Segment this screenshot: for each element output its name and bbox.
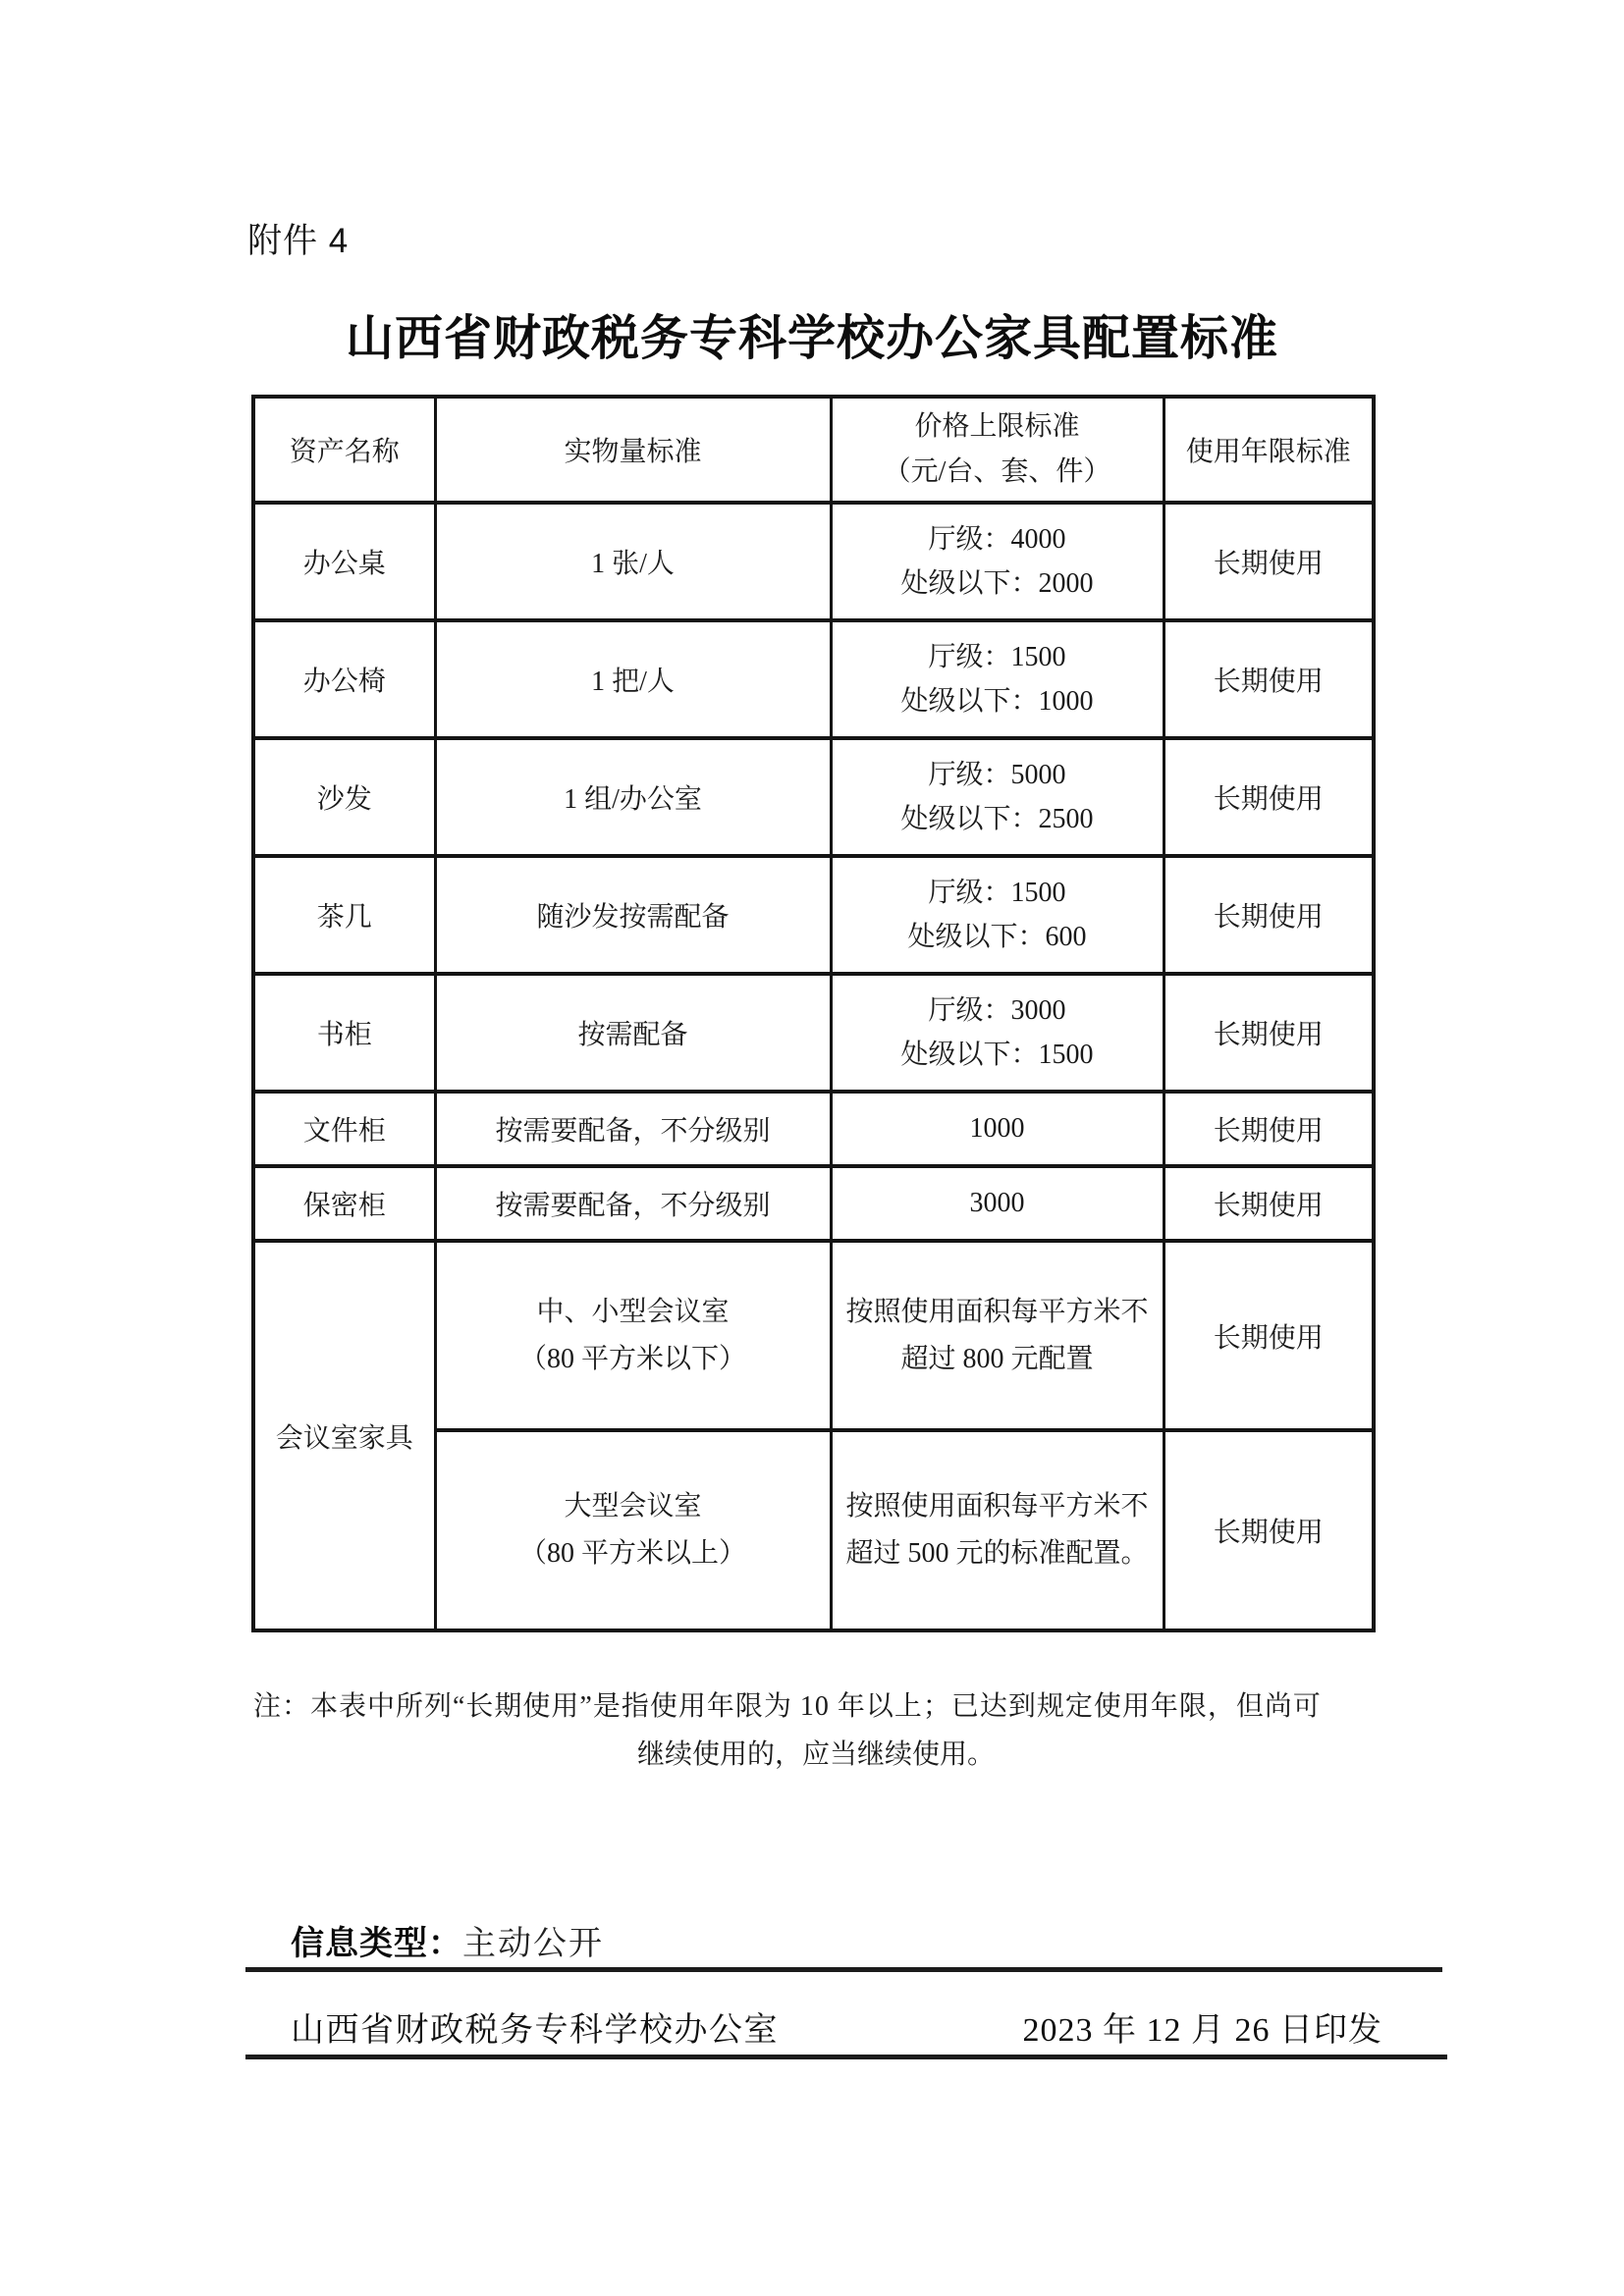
- table-note: 注：本表中所列“长期使用”是指使用年限为 10 年以上；已达到规定使用年限，但尚…: [253, 1682, 1379, 1779]
- price-line2: 处级以下：1000: [833, 679, 1163, 723]
- quantity-line1: 大型会议室: [437, 1483, 830, 1530]
- service-life-cell: 长期使用: [1164, 620, 1374, 738]
- quantity-cell: 大型会议室 （80 平方米以上）: [435, 1430, 831, 1630]
- service-life-cell: 长期使用: [1164, 1166, 1374, 1241]
- price-cell: 3000: [831, 1166, 1164, 1241]
- price-cell: 按照使用面积每平方米不 超过 500 元的标准配置。: [831, 1430, 1164, 1630]
- quantity-cell: 随沙发按需配备: [435, 856, 831, 974]
- price-cell: 厅级：5000 处级以下：2500: [831, 738, 1164, 856]
- attachment-label: 附件 4: [247, 214, 349, 263]
- asset-name-cell: 办公椅: [253, 620, 435, 738]
- price-cell: 1000: [831, 1092, 1164, 1166]
- quantity-cell: 中、小型会议室 （80 平方米以下）: [435, 1241, 831, 1430]
- info-type-value: 主动公开: [462, 1926, 604, 1962]
- footer-divider-bottom: [245, 2055, 1447, 2059]
- service-life-cell: 长期使用: [1164, 503, 1374, 620]
- asset-name-cell: 文件柜: [253, 1092, 435, 1166]
- price-cell: 厅级：3000 处级以下：1500: [831, 974, 1164, 1092]
- quantity-cell: 按需要配备，不分级别: [435, 1092, 831, 1166]
- col-header-price: 价格上限标准 （元/台、套、件）: [831, 397, 1164, 503]
- info-type-label: 信息类型：: [291, 1925, 462, 1962]
- table-row-tea-table: 茶几 随沙发按需配备 厅级：1500 处级以下：600 长期使用: [253, 856, 1374, 974]
- price-line2: 处级以下：2500: [833, 797, 1163, 841]
- price-cell: 按照使用面积每平方米不 超过 800 元配置: [831, 1241, 1164, 1430]
- col-header-asset-name: 资产名称: [253, 397, 435, 503]
- quantity-line2: （80 平方米以下）: [437, 1336, 830, 1383]
- quantity-cell: 1 组/办公室: [435, 738, 831, 856]
- table-row-bookcase: 书柜 按需配备 厅级：3000 处级以下：1500 长期使用: [253, 974, 1374, 1092]
- note-line2: 继续使用的，应当继续使用。: [253, 1731, 1379, 1779]
- price-line1: 厅级：1500: [833, 871, 1163, 915]
- quantity-cell: 1 张/人: [435, 503, 831, 620]
- service-life-cell: 长期使用: [1164, 856, 1374, 974]
- quantity-cell: 1 把/人: [435, 620, 831, 738]
- service-life-cell: 长期使用: [1164, 1241, 1374, 1430]
- info-type-row: 信息类型：主动公开: [291, 1916, 604, 1964]
- price-line1: 厅级：3000: [833, 988, 1163, 1033]
- price-line1: 按照使用面积每平方米不: [833, 1289, 1163, 1336]
- table-row-meeting-small: 会议室家具 中、小型会议室 （80 平方米以下） 按照使用面积每平方米不 超过 …: [253, 1241, 1374, 1430]
- price-line2: 处级以下：600: [833, 915, 1163, 959]
- table-row-desk: 办公桌 1 张/人 厅级：4000 处级以下：2000 长期使用: [253, 503, 1374, 620]
- asset-name-cell: 办公桌: [253, 503, 435, 620]
- price-line2: 超过 500 元的标准配置。: [833, 1530, 1163, 1577]
- quantity-line1: 中、小型会议室: [437, 1289, 830, 1336]
- col-header-service-life: 使用年限标准: [1164, 397, 1374, 503]
- price-line1: 厅级：5000: [833, 753, 1163, 797]
- col-header-quantity: 实物量标准: [435, 397, 831, 503]
- print-date: 2023 年 12 月 26 日印发: [1023, 2002, 1383, 2051]
- price-cell: 厅级：1500 处级以下：600: [831, 856, 1164, 974]
- price-line2: 超过 800 元配置: [833, 1336, 1163, 1383]
- service-life-cell: 长期使用: [1164, 974, 1374, 1092]
- asset-name-cell: 沙发: [253, 738, 435, 856]
- meeting-room-group-cell: 会议室家具: [253, 1241, 435, 1630]
- quantity-cell: 按需配备: [435, 974, 831, 1092]
- quantity-line2: （80 平方米以上）: [437, 1530, 830, 1577]
- table-row-chair: 办公椅 1 把/人 厅级：1500 处级以下：1000 长期使用: [253, 620, 1374, 738]
- price-line2: 处级以下：2000: [833, 561, 1163, 606]
- asset-name-cell: 茶几: [253, 856, 435, 974]
- price-line1: 厅级：4000: [833, 517, 1163, 561]
- table-row-safe-cabinet: 保密柜 按需要配备，不分级别 3000 长期使用: [253, 1166, 1374, 1241]
- furniture-standards-table: 资产名称 实物量标准 价格上限标准 （元/台、套、件） 使用年限标准 办公桌 1…: [251, 395, 1376, 1632]
- price-cell: 厅级：4000 处级以下：2000: [831, 503, 1164, 620]
- price-cell: 厅级：1500 处级以下：1000: [831, 620, 1164, 738]
- service-life-cell: 长期使用: [1164, 1430, 1374, 1630]
- footer-divider-top: [245, 1967, 1442, 1972]
- service-life-cell: 长期使用: [1164, 1092, 1374, 1166]
- col-header-price-line1: 价格上限标准: [833, 404, 1163, 450]
- service-life-cell: 长期使用: [1164, 738, 1374, 856]
- asset-name-cell: 书柜: [253, 974, 435, 1092]
- col-header-price-line2: （元/台、套、件）: [833, 450, 1163, 495]
- asset-name-cell: 保密柜: [253, 1166, 435, 1241]
- price-line1: 按照使用面积每平方米不: [833, 1483, 1163, 1530]
- price-line2: 处级以下：1500: [833, 1033, 1163, 1077]
- table-row-file-cabinet: 文件柜 按需要配备，不分级别 1000 长期使用: [253, 1092, 1374, 1166]
- note-line1: 注：本表中所列“长期使用”是指使用年限为 10 年以上；已达到规定使用年限，但尚…: [253, 1682, 1379, 1731]
- quantity-cell: 按需要配备，不分级别: [435, 1166, 831, 1241]
- table-header-row: 资产名称 实物量标准 价格上限标准 （元/台、套、件） 使用年限标准: [253, 397, 1374, 503]
- page-title: 山西省财政税务专科学校办公家具配置标准: [0, 300, 1624, 369]
- issuer-name: 山西省财政税务专科学校办公室: [291, 2002, 779, 2051]
- table-row-sofa: 沙发 1 组/办公室 厅级：5000 处级以下：2500 长期使用: [253, 738, 1374, 856]
- document-page: 附件 4 山西省财政税务专科学校办公家具配置标准 资产名称 实物量标准 价格上限…: [0, 0, 1624, 2296]
- price-line1: 厅级：1500: [833, 635, 1163, 679]
